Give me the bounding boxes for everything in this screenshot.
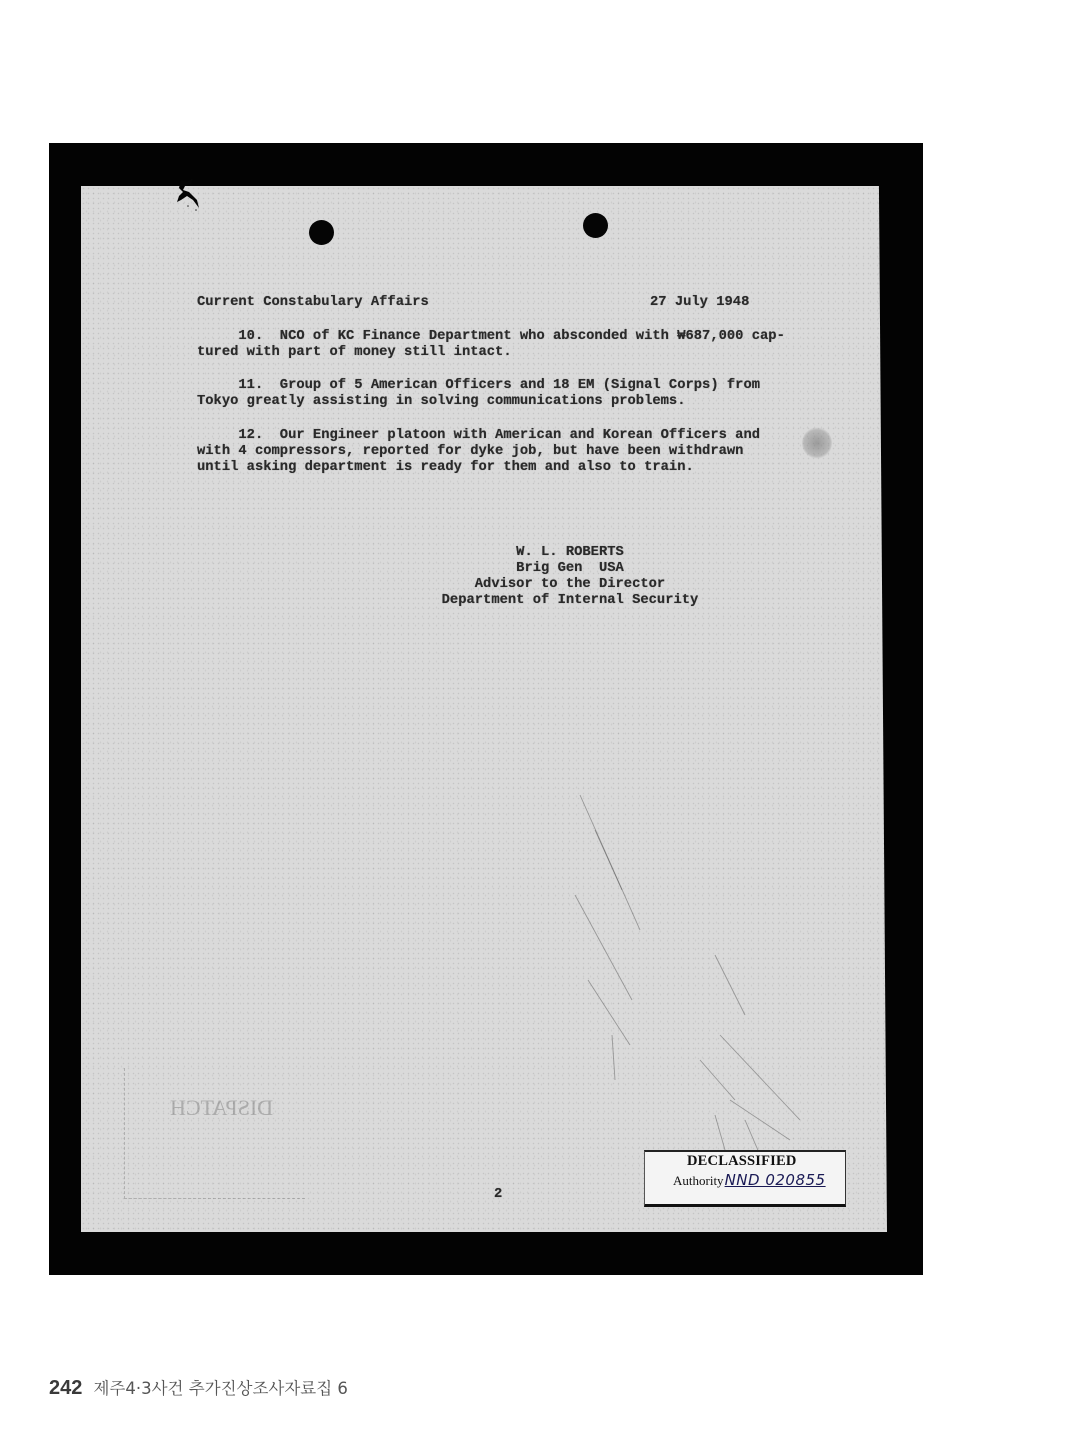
punch-hole-right <box>583 213 608 238</box>
paragraph-line: until asking department is ready for the… <box>197 460 694 475</box>
paragraph-line: with 4 compressors, reported for dyke jo… <box>197 444 743 459</box>
declassified-stamp: DECLASSIFIED AuthorityNND 020855 <box>644 1150 846 1207</box>
document-page-number: 2 <box>494 1187 502 1203</box>
paragraph-line: 12. Our Engineer platoon with American a… <box>197 428 760 443</box>
faded-stamp-mark: DISPATCH <box>170 1095 273 1121</box>
paragraph-line: tured with part of money still intact. <box>197 345 512 360</box>
authority-value: NND 020855 <box>725 1171 826 1189</box>
paragraph-10: 10. NCO of KC Finance Department who abs… <box>197 329 785 361</box>
book-page-number: 242 <box>49 1377 82 1399</box>
faded-stamp-border <box>124 1068 305 1199</box>
signature-block: W. L. ROBERTS Brig Gen USA Advisor to th… <box>430 545 710 609</box>
paragraph-line: 10. NCO of KC Finance Department who abs… <box>197 329 785 344</box>
paragraph-11: 11. Group of 5 American Officers and 18 … <box>197 378 760 410</box>
ink-smudge <box>802 427 832 459</box>
signatory-rank: Brig Gen USA <box>430 561 710 577</box>
signatory-department: Department of Internal Security <box>430 593 710 609</box>
paragraph-line: Tokyo greatly assisting in solving commu… <box>197 394 686 409</box>
paper-scratch-marks <box>560 780 820 1160</box>
paragraph-line: 11. Group of 5 American Officers and 18 … <box>197 378 760 393</box>
signatory-title: Advisor to the Director <box>430 577 710 593</box>
authority-label: Authority <box>673 1173 724 1188</box>
signatory-name: W. L. ROBERTS <box>430 545 710 561</box>
page-footer: 242 제주4·3사건 추가진상조사자료집 6 <box>49 1375 348 1400</box>
paragraph-12: 12. Our Engineer platoon with American a… <box>197 428 760 476</box>
punch-hole-left <box>309 220 334 245</box>
declassified-authority: AuthorityNND 020855 <box>673 1171 826 1189</box>
declassified-title: DECLASSIFIED <box>687 1153 797 1170</box>
document-date: 27 July 1948 <box>650 295 749 311</box>
book-title: 제주4·3사건 추가진상조사자료집 6 <box>93 1379 347 1398</box>
document-subject: Current Constabulary Affairs <box>197 295 429 311</box>
paper-tear-mark <box>171 178 205 212</box>
